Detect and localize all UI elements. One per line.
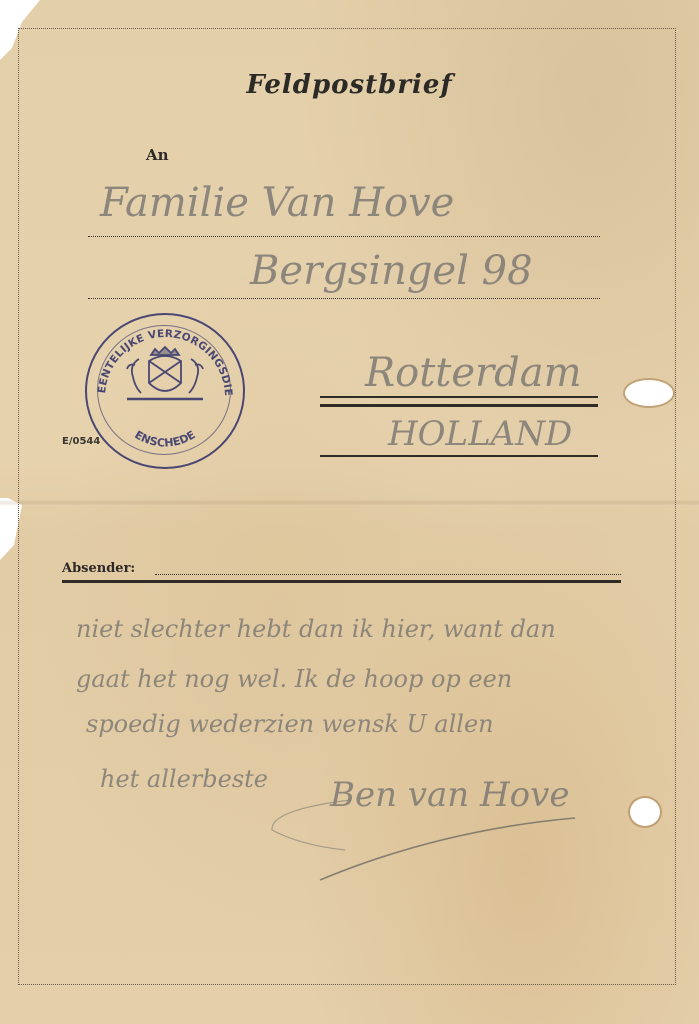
- paper-hole-bottom: [630, 798, 660, 826]
- signature-flourish: [0, 0, 699, 1024]
- paper-hole-top: [625, 380, 673, 406]
